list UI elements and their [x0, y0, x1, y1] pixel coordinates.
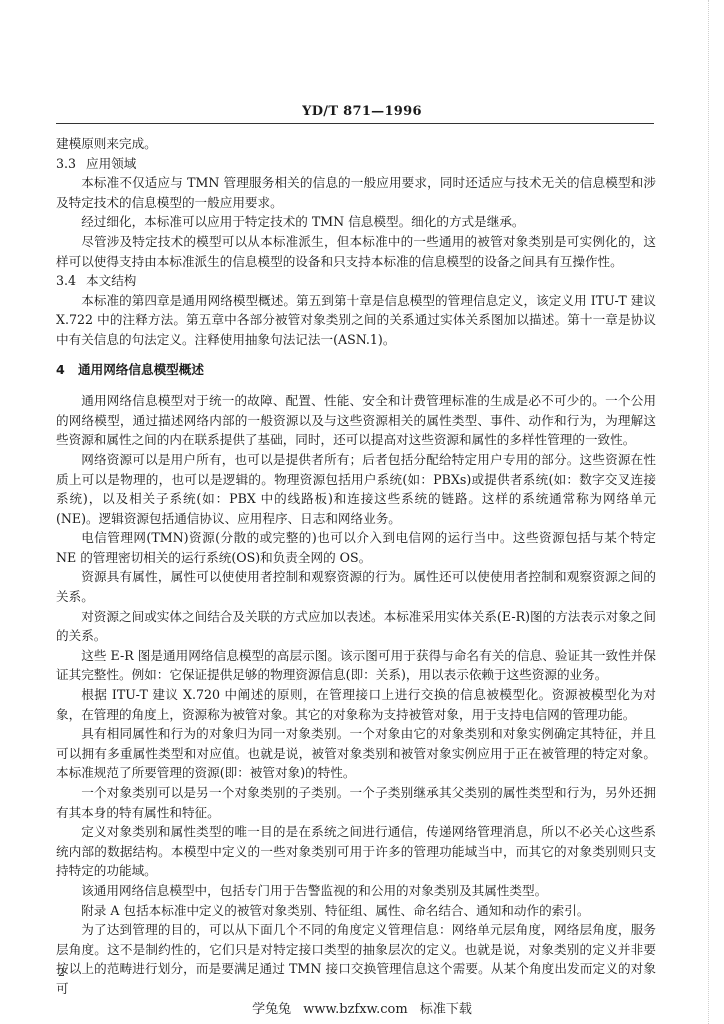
section-heading-3-3: 3.3应用领域: [56, 154, 656, 174]
section-number: 3.3: [56, 154, 86, 174]
paragraph: 具有相同属性和行为的对象归为同一对象类别。一个对象由它的对象类别和对象实例确定其…: [56, 724, 656, 783]
paragraph: 电信管理网(TMN)资源(分散的或完整的)也可以介入到电信网的运行当中。这些资源…: [56, 528, 656, 567]
paragraph: 定义对象类别和属性类型的唯一目的是在系统之间进行通信，传递网络管理消息，所以不必…: [56, 822, 656, 881]
paragraph: 本标准的第四章是通用网络模型概述。第五到第十章是信息模型的管理信息定义，该定义用…: [56, 291, 656, 350]
paragraph: 该通用网络信息模型中，包括专门用于告警监视的和公用的对象类别及其属性类型。: [56, 881, 656, 901]
section-number: 4: [56, 360, 78, 380]
continuation-paragraph: 建模原则来完成。: [56, 134, 656, 154]
section-heading-4: 4通用网络信息模型概述: [56, 360, 656, 380]
document-page: YD/T 871—1996 建模原则来完成。 3.3应用领域 本标准不仅适应与 …: [0, 0, 724, 1024]
header-rule: [56, 123, 654, 124]
paragraph: 通用网络信息模型对于统一的故障、配置、性能、安全和计费管理标准的生成是必不可少的…: [56, 391, 656, 450]
paragraph: 尽管涉及特定技术的模型可以从本标准派生，但本标准中的一些通用的被管对象类别是可实…: [56, 232, 656, 271]
paragraph: 这些 E-R 图是通用网络信息模型的高层示图。该示图可用于获得与命名有关的信息、…: [56, 646, 656, 685]
header-standard-number: YD/T 871—1996: [0, 104, 724, 119]
section-title: 通用网络信息模型概述: [78, 362, 204, 377]
section-number: 3.4: [56, 271, 86, 291]
section-heading-3-4: 3.4本文结构: [56, 271, 656, 291]
document-body: 建模原则来完成。 3.3应用领域 本标准不仅适应与 TMN 管理服务相关的信息的…: [56, 134, 656, 999]
section-title: 本文结构: [86, 273, 136, 288]
page-number: 2: [58, 966, 65, 979]
paragraph: 根据 ITU-T 建议 X.720 中阐述的原则，在管理接口上进行交换的信息被模…: [56, 685, 656, 724]
footer-watermark: 学兔兔 www.bzfxw.com 标准下载: [0, 998, 724, 1017]
paragraph: 经过细化，本标准可以应用于特定技术的 TMN 信息模型。细化的方式是继承。: [56, 212, 656, 232]
paragraph: 为了达到管理的目的，可以从下面几个不同的角度定义管理信息：网络单元层角度，网络层…: [56, 920, 656, 998]
paragraph: 本标准不仅适应与 TMN 管理服务相关的信息的一般应用要求，同时还适应与技术无关…: [56, 173, 656, 212]
paragraph: 对资源之间或实体之间结合及关联的方式应加以表述。本标准采用实体关系(E-R)图的…: [56, 607, 656, 646]
paragraph: 网络资源可以是用户所有，也可以是提供者所有；后者包括分配给特定用户专用的部分。这…: [56, 450, 656, 528]
scan-edge-line: [708, 0, 709, 1024]
paragraph: 一个对象类别可以是另一个对象类别的子类别。一个子类别继承其父类别的属性类型和行为…: [56, 783, 656, 822]
paragraph: 附录 A 包括本标准中定义的被管对象类别、特征组、属性、命名结合、通知和动作的索…: [56, 901, 656, 921]
section-title: 应用领域: [86, 156, 136, 171]
paragraph: 资源具有属性，属性可以使使用者控制和观察资源的行为。属性还可以使使用者控制和观察…: [56, 567, 656, 606]
